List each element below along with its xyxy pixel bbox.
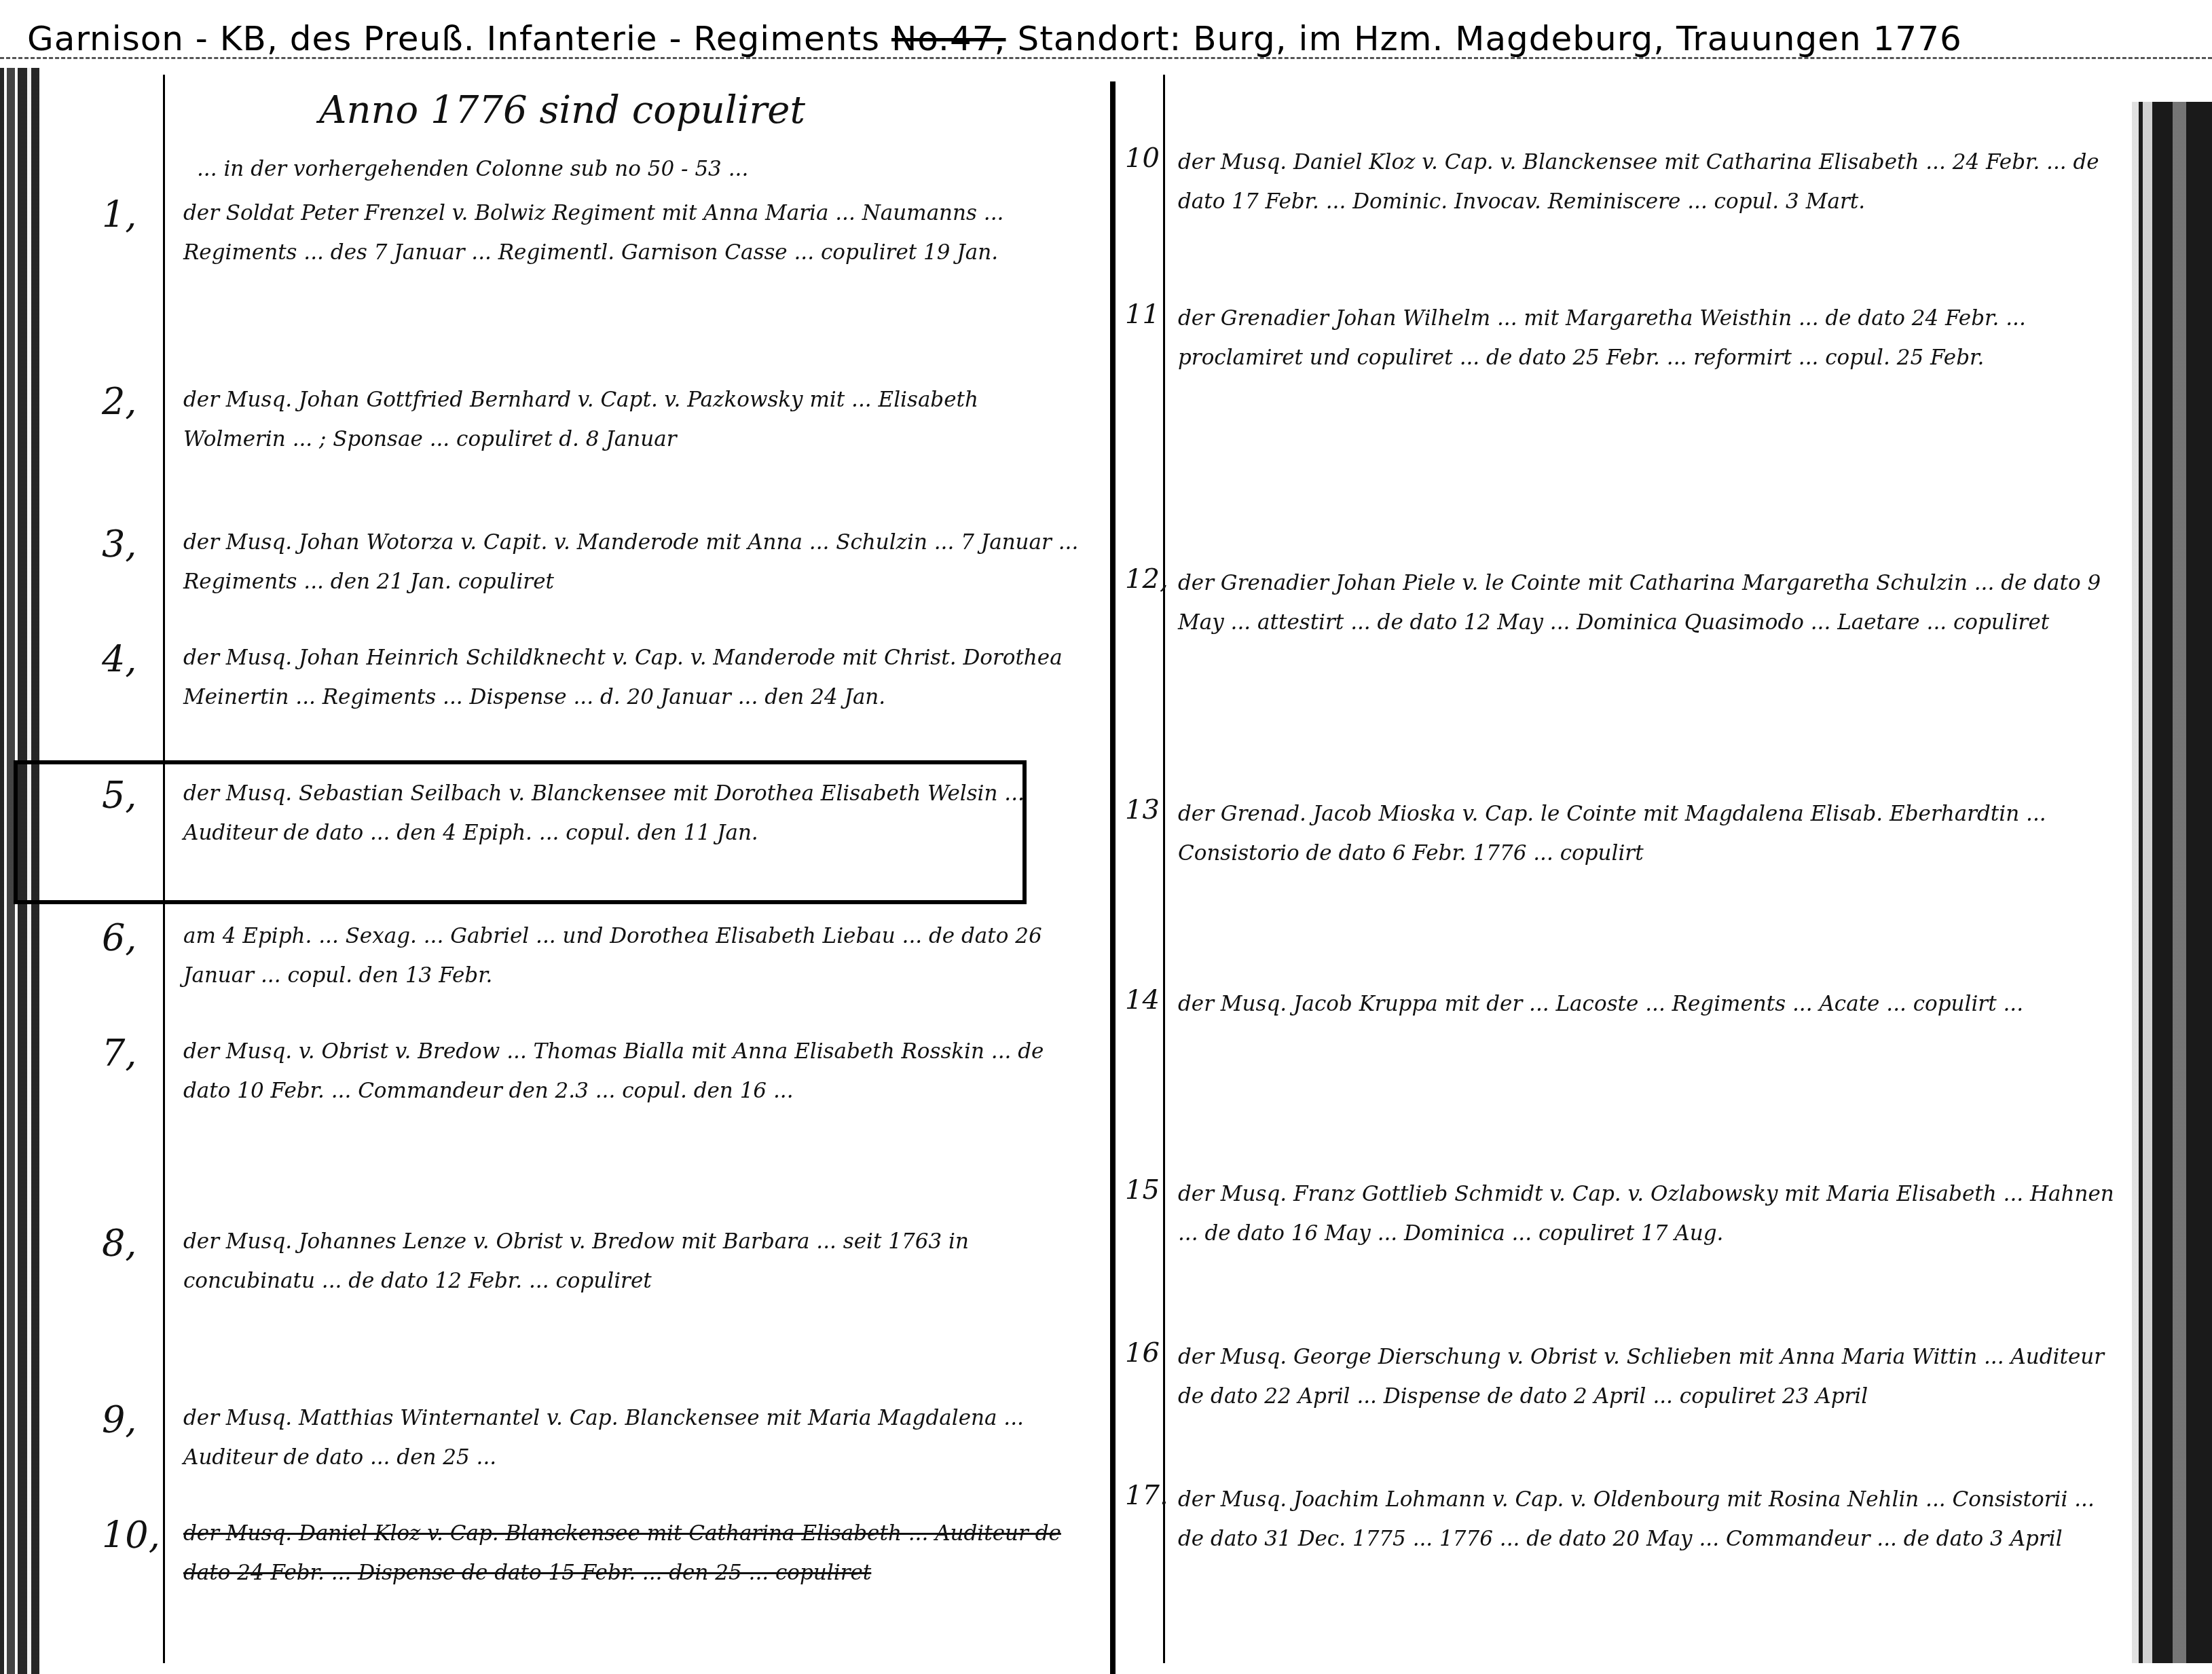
left-page: Anno 1776 sind copuliret ... in der vorh… [95, 75, 1107, 1663]
marriage-entry: der Musq. Joachim Lohmann v. Cap. v. Old… [1178, 1480, 2122, 1559]
entry-number: 15 [1125, 1174, 1160, 1206]
entry-number: 13 [1125, 794, 1160, 825]
marriage-entry: der Grenadier Johan Piele v. le Cointe m… [1178, 563, 2122, 642]
entry-text: der Musq. Johan Heinrich Schildknecht v.… [183, 638, 1086, 717]
header-title-part2: Standort: Burg, im Hzm. Magdeburg, Trauu… [1017, 19, 1961, 58]
marriage-entry: der Musq. Jacob Kruppa mit der ... Lacos… [1178, 984, 2122, 1024]
marriage-entry: der Musq. Johan Wotorza v. Capit. v. Man… [183, 523, 1086, 601]
entry-number: 17. [1125, 1480, 1168, 1511]
header-title-part1: Garnison - KB, des Preuß. Infanterie - R… [27, 19, 880, 58]
marriage-entry: der Musq. Daniel Kloz v. Cap. v. Blancke… [1178, 143, 2122, 221]
entry-text: der Grenadier Johan Wilhelm ... mit Marg… [1178, 299, 2122, 377]
entry-number: 9, [102, 1398, 137, 1441]
entry-text: der Musq. Matthias Winternantel v. Cap. … [183, 1398, 1086, 1477]
marriage-entry: der Musq. Sebastian Seilbach v. Blancken… [183, 774, 1066, 853]
entry-number: 1, [102, 193, 137, 236]
entry-number: 10, [102, 1514, 160, 1557]
page-heading: Anno 1776 sind copuliret [319, 88, 805, 132]
page-gutter [1110, 81, 1116, 1674]
entry-text: der Musq. Johan Wotorza v. Capit. v. Man… [183, 523, 1086, 601]
entry-text: der Musq. Sebastian Seilbach v. Blancken… [183, 774, 1066, 853]
crossed-out-entry: der Musq. Daniel Kloz v. Cap. Blanckense… [183, 1514, 1086, 1593]
marriage-entry: der Musq. Franz Gottlieb Schmidt v. Cap.… [1178, 1174, 2122, 1253]
binding-edge-right [2132, 102, 2212, 1663]
right-page: 10 der Musq. Daniel Kloz v. Cap. v. Blan… [1124, 75, 2128, 1663]
entry-text: der Musq. Daniel Kloz v. Cap. Blanckense… [183, 1514, 1086, 1593]
entry-text: der Grenad. Jacob Mioska v. Cap. le Coin… [1178, 794, 2122, 873]
entry-text: der Musq. Joachim Lohmann v. Cap. v. Old… [1178, 1480, 2122, 1559]
entry-number: 2, [102, 380, 137, 423]
entry-text: der Musq. v. Obrist v. Bredow ... Thomas… [183, 1032, 1086, 1111]
entry-number: 12, [1125, 563, 1168, 595]
marriage-entry: der Musq. George Dierschung v. Obrist v.… [1178, 1337, 2122, 1416]
entry-number: 3, [102, 523, 137, 565]
entry-text: der Grenadier Johan Piele v. le Cointe m… [1178, 563, 2122, 642]
entry-number: 11 [1125, 299, 1160, 330]
entry-number: 6, [102, 916, 137, 959]
document-header: Garnison - KB, des Preuß. Infanterie - R… [27, 19, 2200, 60]
entry-text: der Soldat Peter Frenzel v. Bolwiz Regim… [183, 193, 1086, 272]
entry-text: der Musq. Jacob Kruppa mit der ... Lacos… [1178, 984, 2122, 1024]
entry-number: 4, [102, 638, 137, 681]
entry-number: 14 [1125, 984, 1160, 1016]
entry-text: der Musq. Franz Gottlieb Schmidt v. Cap.… [1178, 1174, 2122, 1253]
intro-text: ... in der vorhergehenden Colonne sub no… [197, 149, 1086, 189]
entry-number: 5, [102, 774, 137, 817]
entry-text: der Musq. Johannes Lenze v. Obrist v. Br… [183, 1222, 1086, 1301]
marriage-entry: am 4 Epiph. ... Sexag. ... Gabriel ... u… [183, 916, 1086, 995]
header-rule [0, 57, 2212, 59]
marriage-entry: der Musq. Johan Gottfried Bernhard v. Ca… [183, 380, 1086, 459]
entry-text: am 4 Epiph. ... Sexag. ... Gabriel ... u… [183, 916, 1086, 995]
entry-number: 16 [1125, 1337, 1160, 1369]
marriage-entry: der Musq. Johannes Lenze v. Obrist v. Br… [183, 1222, 1086, 1301]
entry-text: der Musq. Daniel Kloz v. Cap. v. Blancke… [1178, 143, 2122, 221]
marriage-entry: der Musq. Matthias Winternantel v. Cap. … [183, 1398, 1086, 1477]
entry-text: der Musq. Johan Gottfried Bernhard v. Ca… [183, 380, 1086, 459]
marriage-entry: der Soldat Peter Frenzel v. Bolwiz Regim… [183, 193, 1086, 272]
intro-line: ... in der vorhergehenden Colonne sub no… [197, 149, 1086, 189]
marriage-entry: der Grenadier Johan Wilhelm ... mit Marg… [1178, 299, 2122, 377]
marriage-entry: der Musq. v. Obrist v. Bredow ... Thomas… [183, 1032, 1086, 1111]
marriage-entry: der Grenad. Jacob Mioska v. Cap. le Coin… [1178, 794, 2122, 873]
entry-number: 8, [102, 1222, 137, 1265]
entry-number: 7, [102, 1032, 137, 1075]
marriage-entry: der Musq. Johan Heinrich Schildknecht v.… [183, 638, 1086, 717]
entry-text: der Musq. George Dierschung v. Obrist v.… [1178, 1337, 2122, 1416]
header-title-struck: No.47, [891, 19, 1006, 58]
entry-number: 10 [1125, 143, 1160, 174]
